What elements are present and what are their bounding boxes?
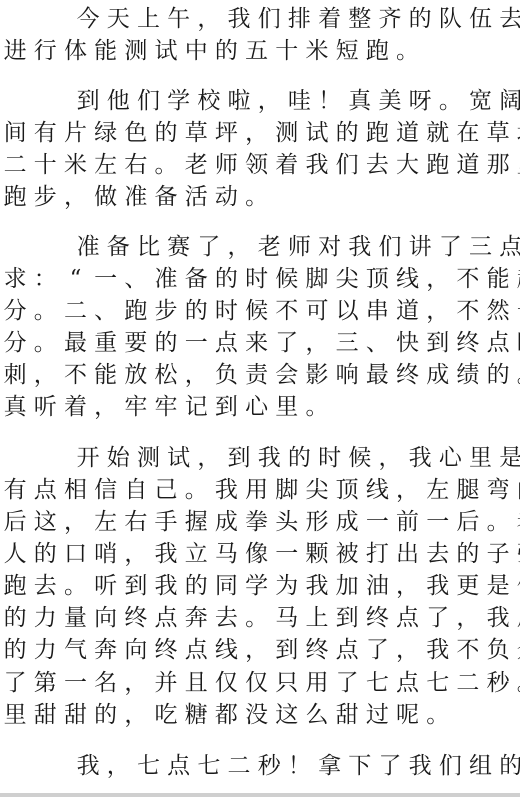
essay-char: 大 bbox=[392, 150, 422, 180]
essay-char: 动 bbox=[211, 182, 241, 212]
essay-char: 今 bbox=[73, 4, 103, 34]
essay-char: 呢 bbox=[392, 700, 422, 730]
essay-char: ， bbox=[392, 635, 422, 665]
essay-char: 绿 bbox=[91, 118, 121, 148]
essay-char: 试 bbox=[151, 36, 181, 66]
essay-char: 我 bbox=[151, 539, 181, 569]
essay-char: 甜 bbox=[60, 700, 90, 730]
essay-char: 。 bbox=[483, 507, 513, 537]
essay-char: 绩 bbox=[453, 360, 483, 390]
essay-char: 候 bbox=[345, 443, 375, 473]
essay-char: 。 bbox=[423, 700, 453, 730]
essay-char: 跑 bbox=[423, 150, 453, 180]
essay-char: 我 bbox=[345, 232, 375, 262]
essay-char: 不 bbox=[453, 296, 483, 326]
essay-char: 测 bbox=[133, 443, 163, 473]
essay-char: 去 bbox=[496, 4, 520, 34]
essay-char: 中 bbox=[181, 36, 211, 66]
essay-char: 的 bbox=[181, 296, 211, 326]
essay-char: 左 bbox=[423, 475, 453, 505]
essay-char: 、 bbox=[362, 328, 392, 358]
essay-char: 开 bbox=[73, 443, 103, 473]
essay-char: ！ bbox=[284, 751, 314, 781]
essay-char: 右 bbox=[121, 507, 151, 537]
essay-char: 左 bbox=[91, 507, 121, 537]
essay-char: 里 bbox=[513, 150, 520, 180]
essay-char: 米 bbox=[60, 150, 90, 180]
essay-char: 比 bbox=[133, 232, 163, 262]
essay-char: 的 bbox=[332, 118, 362, 148]
essay-char: 重 bbox=[91, 328, 121, 358]
essay-char: 我 bbox=[211, 475, 241, 505]
essay-char: 来 bbox=[242, 328, 272, 358]
essay-char: 不 bbox=[60, 360, 90, 390]
essay-line: 的力量向终点奔去。马上到终点了，我用尽了吃奶 bbox=[0, 603, 520, 633]
essay-char: 跑 bbox=[121, 296, 151, 326]
essay-char: 美 bbox=[375, 86, 405, 116]
essay-char: 向 bbox=[91, 603, 121, 633]
essay-char: 老 bbox=[181, 150, 211, 180]
essay-char: 二 bbox=[0, 150, 30, 180]
essay-char: 真 bbox=[345, 86, 375, 116]
essay-char: 求 bbox=[0, 264, 30, 294]
essay-char: 点 bbox=[181, 635, 211, 665]
essay-char: 终 bbox=[453, 328, 483, 358]
essay-line: 后这，左右手握成拳头形成一前一后。老师吹响惊 bbox=[0, 507, 520, 537]
essay-char: 用 bbox=[242, 475, 272, 505]
essay-char: ， bbox=[254, 86, 284, 116]
essay-char: 的 bbox=[211, 264, 241, 294]
essay-line: 有点相信自己。我用脚尖顶线，左腿弯曲、右腿向 bbox=[0, 475, 520, 505]
essay-char: 可 bbox=[302, 296, 332, 326]
essay-char: 三 bbox=[465, 232, 495, 262]
essay-line: 跑去。听到我的同学为我加油，我更是使出了浑身 bbox=[0, 571, 520, 601]
essay-char: 然 bbox=[483, 296, 513, 326]
essay-char: 校 bbox=[194, 86, 224, 116]
essay-char: 就 bbox=[423, 118, 453, 148]
essay-char: 仅 bbox=[211, 668, 241, 698]
essay-char: 影 bbox=[302, 360, 332, 390]
essay-char: 的 bbox=[30, 539, 60, 569]
essay-char: 线 bbox=[211, 635, 241, 665]
essay-char: 成 bbox=[211, 507, 241, 537]
essay-char: 一 bbox=[272, 539, 302, 569]
essay-char: 力 bbox=[30, 635, 60, 665]
essay-char: 点 bbox=[30, 475, 60, 505]
essay-char: 马 bbox=[211, 539, 241, 569]
essay-char: 右 bbox=[121, 150, 151, 180]
essay-char: 后 bbox=[0, 507, 30, 537]
essay-char: 色 bbox=[121, 118, 151, 148]
essay-char: 分 bbox=[0, 296, 30, 326]
essay-char: 握 bbox=[181, 507, 211, 537]
essay-char: 们 bbox=[254, 4, 284, 34]
essay-char: 间 bbox=[0, 118, 30, 148]
essay-char: 秒 bbox=[483, 668, 513, 698]
essay-line: 间有片绿色的草坪，测试的跑道就在草坪往前走的 bbox=[0, 118, 520, 148]
essay-char: 心 bbox=[242, 392, 272, 422]
essay-char: 我 bbox=[302, 571, 332, 601]
essay-char: 的 bbox=[483, 360, 513, 390]
essay-char: 甜 bbox=[332, 700, 362, 730]
essay-char: 们 bbox=[332, 150, 362, 180]
essay-char: 上 bbox=[302, 603, 332, 633]
essay-char: 牢 bbox=[121, 392, 151, 422]
essay-char: 的 bbox=[0, 603, 30, 633]
essay-line: 进行体能测试中的五十米短跑。 bbox=[0, 36, 423, 66]
essay-char: 七 bbox=[423, 668, 453, 698]
essay-char: 。 bbox=[392, 36, 422, 66]
essay-char: 以 bbox=[332, 296, 362, 326]
essay-char: 点 bbox=[332, 635, 362, 665]
essay-char: 里 bbox=[465, 443, 495, 473]
essay-char: 老 bbox=[254, 232, 284, 262]
essay-char: 学 bbox=[242, 571, 272, 601]
essay-char: 了 bbox=[435, 232, 465, 262]
essay-char: 终 bbox=[362, 603, 392, 633]
essay-char: 在 bbox=[453, 118, 483, 148]
essay-char: 准 bbox=[151, 264, 181, 294]
essay-char: 我 bbox=[423, 571, 453, 601]
essay-char: 了 bbox=[362, 635, 392, 665]
essay-char: 讲 bbox=[405, 232, 435, 262]
essay-char: 手 bbox=[151, 507, 181, 537]
essay-char: 量 bbox=[60, 603, 90, 633]
essay-char: ， bbox=[302, 328, 332, 358]
essay-char: 顶 bbox=[362, 264, 392, 294]
essay-char: 道 bbox=[453, 150, 483, 180]
essay-char: 伍 bbox=[465, 4, 495, 34]
essay-char: 点 bbox=[211, 328, 241, 358]
essay-char: 不 bbox=[272, 296, 302, 326]
essay-char: ， bbox=[91, 392, 121, 422]
essay-char: 我 bbox=[73, 751, 103, 781]
essay-char: 上 bbox=[133, 4, 163, 34]
essay-char: 里 bbox=[0, 700, 30, 730]
essay-char: 里 bbox=[272, 392, 302, 422]
essay-char: 道 bbox=[392, 118, 422, 148]
essay-line: 分。最重要的一点来了，三、快到终点时一定要冲 bbox=[0, 328, 520, 358]
essay-char: 了 bbox=[0, 668, 30, 698]
essay-char: 吃 bbox=[151, 700, 181, 730]
page-bottom-edge bbox=[0, 793, 520, 797]
essay-char: 对 bbox=[315, 232, 345, 262]
essay-char: 齐 bbox=[375, 4, 405, 34]
essay-char: 并 bbox=[151, 668, 181, 698]
essay-char: 不 bbox=[453, 264, 483, 294]
essay-char: 哨 bbox=[91, 539, 121, 569]
essay-char: 跑 bbox=[362, 118, 392, 148]
essay-char: 没 bbox=[242, 700, 272, 730]
essay-char: 第 bbox=[30, 668, 60, 698]
essay-char: 。 bbox=[242, 603, 272, 633]
essay-char: 头 bbox=[272, 507, 302, 537]
essay-char: 这 bbox=[272, 700, 302, 730]
essay-char: 。 bbox=[181, 475, 211, 505]
essay-char: 心 bbox=[435, 443, 465, 473]
essay-char: 有 bbox=[30, 118, 60, 148]
essay-char: 午 bbox=[164, 4, 194, 34]
essay-char: 线 bbox=[392, 264, 422, 294]
essay-char: 子 bbox=[483, 539, 513, 569]
essay-line: 人的口哨，我立马像一颗被打出去的子弹一样向前 bbox=[0, 539, 520, 569]
essay-char: 们 bbox=[133, 86, 163, 116]
essay-char: 负 bbox=[211, 360, 241, 390]
essay-char: 十 bbox=[272, 36, 302, 66]
essay-char: 步 bbox=[30, 182, 60, 212]
essay-char: 相 bbox=[60, 475, 90, 505]
essay-char: 到 bbox=[332, 603, 362, 633]
essay-char: 我 bbox=[405, 443, 435, 473]
essay-char: 时 bbox=[242, 264, 272, 294]
essay-char: 三 bbox=[332, 328, 362, 358]
essay-char: 使 bbox=[513, 571, 520, 601]
essay-char: 去 bbox=[423, 539, 453, 569]
essay-char: 松 bbox=[151, 360, 181, 390]
essay-char: 了 bbox=[423, 603, 453, 633]
essay-char: ， bbox=[423, 264, 453, 294]
essay-char: 着 bbox=[315, 4, 345, 34]
essay-char: 测 bbox=[121, 36, 151, 66]
essay-char: 记 bbox=[181, 392, 211, 422]
essay-char: 向 bbox=[121, 635, 151, 665]
essay-char: 步 bbox=[151, 296, 181, 326]
essay-char: 脚 bbox=[272, 475, 302, 505]
essay-char: 奔 bbox=[181, 603, 211, 633]
essay-char: 牢 bbox=[151, 392, 181, 422]
essay-char: 听 bbox=[91, 571, 121, 601]
essay-char: 能 bbox=[483, 264, 513, 294]
essay-char: 片 bbox=[60, 118, 90, 148]
essay-char: 同 bbox=[211, 571, 241, 601]
essay-char: “ bbox=[60, 264, 90, 294]
essay-line: 真听着，牢牢记到心里。 bbox=[0, 392, 332, 422]
essay-char: ， bbox=[181, 360, 211, 390]
essay-line: 求：“一、准备的时候脚尖顶线，不能超线负责零 bbox=[0, 264, 520, 294]
essay-char: 拳 bbox=[242, 507, 272, 537]
essay-char: 天 bbox=[103, 4, 133, 34]
essay-char: 尖 bbox=[332, 264, 362, 294]
essay-char: 一 bbox=[91, 264, 121, 294]
essay-char: 了 bbox=[194, 232, 224, 262]
essay-char: 是 bbox=[483, 571, 513, 601]
essay-char: 最 bbox=[362, 360, 392, 390]
essay-char: 糖 bbox=[181, 700, 211, 730]
essay-char: 点 bbox=[164, 751, 194, 781]
essay-char: 秒 bbox=[254, 751, 284, 781]
essay-char: ， bbox=[392, 475, 422, 505]
essay-line: 跑步，做准备活动。 bbox=[0, 182, 272, 212]
essay-char: 终 bbox=[151, 635, 181, 665]
essay-char: 不 bbox=[453, 635, 483, 665]
essay-char: 名 bbox=[91, 668, 121, 698]
essay-char: 气 bbox=[60, 635, 90, 665]
essay-char: 放 bbox=[121, 360, 151, 390]
essay-char: 他 bbox=[103, 86, 133, 116]
essay-char: 。 bbox=[302, 392, 332, 422]
essay-char: 像 bbox=[242, 539, 272, 569]
essay-char: 的 bbox=[453, 539, 483, 569]
essay-char: 众 bbox=[513, 635, 520, 665]
essay-char: 到 bbox=[73, 86, 103, 116]
essay-char: 准 bbox=[73, 232, 103, 262]
essay-char: 脚 bbox=[302, 264, 332, 294]
essay-char: 力 bbox=[30, 603, 60, 633]
essay-line: 了第一名，并且仅仅只用了七点七二秒。我顿时心 bbox=[0, 668, 520, 698]
essay-char: 七 bbox=[133, 751, 163, 781]
essay-char: 们 bbox=[435, 751, 465, 781]
essay-char: 成 bbox=[423, 360, 453, 390]
essay-char: 有 bbox=[0, 475, 30, 505]
essay-char: 着 bbox=[272, 150, 302, 180]
essay-char: 曲 bbox=[513, 475, 520, 505]
essay-char: 的 bbox=[151, 328, 181, 358]
essay-char: 哇 bbox=[284, 86, 314, 116]
essay-char: 备 bbox=[181, 264, 211, 294]
essay-char: 、 bbox=[121, 264, 151, 294]
essay-char: 始 bbox=[103, 443, 133, 473]
essay-char: 、 bbox=[91, 296, 121, 326]
essay-char: 二 bbox=[60, 296, 90, 326]
essay-char: ， bbox=[30, 360, 60, 390]
essay-char: 点 bbox=[483, 328, 513, 358]
essay-char: 点 bbox=[392, 668, 422, 698]
essay-char: 坪 bbox=[513, 118, 520, 148]
essay-char: 跑 bbox=[362, 36, 392, 66]
essay-char: 马 bbox=[272, 603, 302, 633]
essay-line: 二十米左右。老师领着我们去大跑道那里做拉伸、 bbox=[0, 150, 520, 180]
essay-char: 人 bbox=[0, 539, 30, 569]
essay-char: 去 bbox=[30, 571, 60, 601]
essay-char: 时 bbox=[315, 443, 345, 473]
essay-char: 组 bbox=[465, 751, 495, 781]
essay-char: 被 bbox=[332, 539, 362, 569]
essay-char: 用 bbox=[302, 668, 332, 698]
essay-char: 颗 bbox=[302, 539, 332, 569]
essay-char: 短 bbox=[332, 36, 362, 66]
essay-char: ， bbox=[194, 443, 224, 473]
essay-char: 加 bbox=[332, 571, 362, 601]
essay-char: 我 bbox=[302, 150, 332, 180]
essay-char: 体 bbox=[60, 36, 90, 66]
essay-char: 备 bbox=[151, 182, 181, 212]
essay-char: ， bbox=[103, 751, 133, 781]
essay-char: 超 bbox=[513, 264, 520, 294]
essay-char: 时 bbox=[211, 296, 241, 326]
essay-char: 点 bbox=[151, 603, 181, 633]
essay-char: 的 bbox=[284, 443, 314, 473]
essay-char: 赛 bbox=[164, 232, 194, 262]
essay-char: 。 bbox=[151, 150, 181, 180]
essay-char: 我 bbox=[405, 751, 435, 781]
essay-char: 点 bbox=[496, 232, 520, 262]
essay-char: 。 bbox=[513, 360, 520, 390]
essay-char: 宽 bbox=[465, 86, 495, 116]
essay-char: 老 bbox=[513, 507, 520, 537]
essay-char: 这 bbox=[30, 507, 60, 537]
essay-char: ： bbox=[30, 264, 60, 294]
essay-char: 去 bbox=[211, 603, 241, 633]
essay-char: 弯 bbox=[483, 475, 513, 505]
essay-char: ， bbox=[242, 118, 272, 148]
essay-char: 到 bbox=[121, 571, 151, 601]
essay-char: 终 bbox=[392, 360, 422, 390]
essay-char: 打 bbox=[362, 539, 392, 569]
essay-char: 去 bbox=[362, 150, 392, 180]
essay-char: 。 bbox=[60, 571, 90, 601]
essay-char: 试 bbox=[302, 118, 332, 148]
essay-line: 的力气奔向终点线，到终点了，我不负众望的成为 bbox=[0, 635, 520, 665]
essay-char: 。 bbox=[435, 86, 465, 116]
essay-char: 是 bbox=[496, 443, 520, 473]
essay-char: 阔 bbox=[496, 86, 520, 116]
essay-char: 二 bbox=[453, 668, 483, 698]
essay-char: 呀 bbox=[405, 86, 435, 116]
essay-char: 啦 bbox=[224, 86, 254, 116]
essay-char: 七 bbox=[194, 751, 224, 781]
essay-char: 活 bbox=[181, 182, 211, 212]
essay-char: 为 bbox=[272, 571, 302, 601]
essay-char: 都 bbox=[211, 700, 241, 730]
essay-char: 的 bbox=[405, 4, 435, 34]
essay-char: 备 bbox=[103, 232, 133, 262]
essay-char: 。 bbox=[30, 296, 60, 326]
essay-char: ， bbox=[375, 443, 405, 473]
essay-char: 责 bbox=[242, 360, 272, 390]
essay-char: 七 bbox=[362, 668, 392, 698]
essay-char: 候 bbox=[242, 296, 272, 326]
essay-char: 弹 bbox=[513, 539, 520, 569]
essay-char: 能 bbox=[91, 36, 121, 66]
essay-char: 测 bbox=[272, 118, 302, 148]
essay-char: 我 bbox=[151, 571, 181, 601]
essay-char: 到 bbox=[272, 635, 302, 665]
essay-line: 我，七点七二秒！拿下了我们组的第一名！ bbox=[73, 751, 520, 781]
essay-char: 了 bbox=[272, 328, 302, 358]
essay-char: 且 bbox=[181, 668, 211, 698]
essay-char: 行 bbox=[30, 36, 60, 66]
essay-char: 出 bbox=[392, 539, 422, 569]
essay-char: 一 bbox=[60, 668, 90, 698]
essay-char: 己 bbox=[151, 475, 181, 505]
essay-char: 终 bbox=[302, 635, 332, 665]
essay-char: 十 bbox=[30, 150, 60, 180]
essay-char: ， bbox=[121, 668, 151, 698]
essay-char: ， bbox=[121, 539, 151, 569]
essay-char: 了 bbox=[332, 668, 362, 698]
essay-char: 候 bbox=[272, 264, 302, 294]
essay-char: 师 bbox=[284, 232, 314, 262]
essay-char: 一 bbox=[423, 507, 453, 537]
essay-char: 分 bbox=[0, 328, 30, 358]
essay-char: 的 bbox=[496, 751, 520, 781]
essay-char: 。 bbox=[242, 182, 272, 212]
essay-char: 真 bbox=[0, 392, 30, 422]
essay-char: 道 bbox=[392, 296, 422, 326]
essay-char: 一 bbox=[513, 296, 520, 326]
essay-char: 甜 bbox=[30, 700, 60, 730]
essay-page: 今天上午，我们排着整齐的队伍去长安校区进行体能测试中的五十米短跑。到他们学校啦，… bbox=[0, 0, 520, 793]
essay-char: 仅 bbox=[242, 668, 272, 698]
essay-char: 跑 bbox=[0, 571, 30, 601]
essay-char: 试 bbox=[164, 443, 194, 473]
essay-char: ， bbox=[224, 232, 254, 262]
essay-char: 草 bbox=[181, 118, 211, 148]
essay-char: 信 bbox=[91, 475, 121, 505]
essay-char: 坪 bbox=[211, 118, 241, 148]
essay-char: 用 bbox=[513, 603, 520, 633]
essay-char: 米 bbox=[302, 36, 332, 66]
